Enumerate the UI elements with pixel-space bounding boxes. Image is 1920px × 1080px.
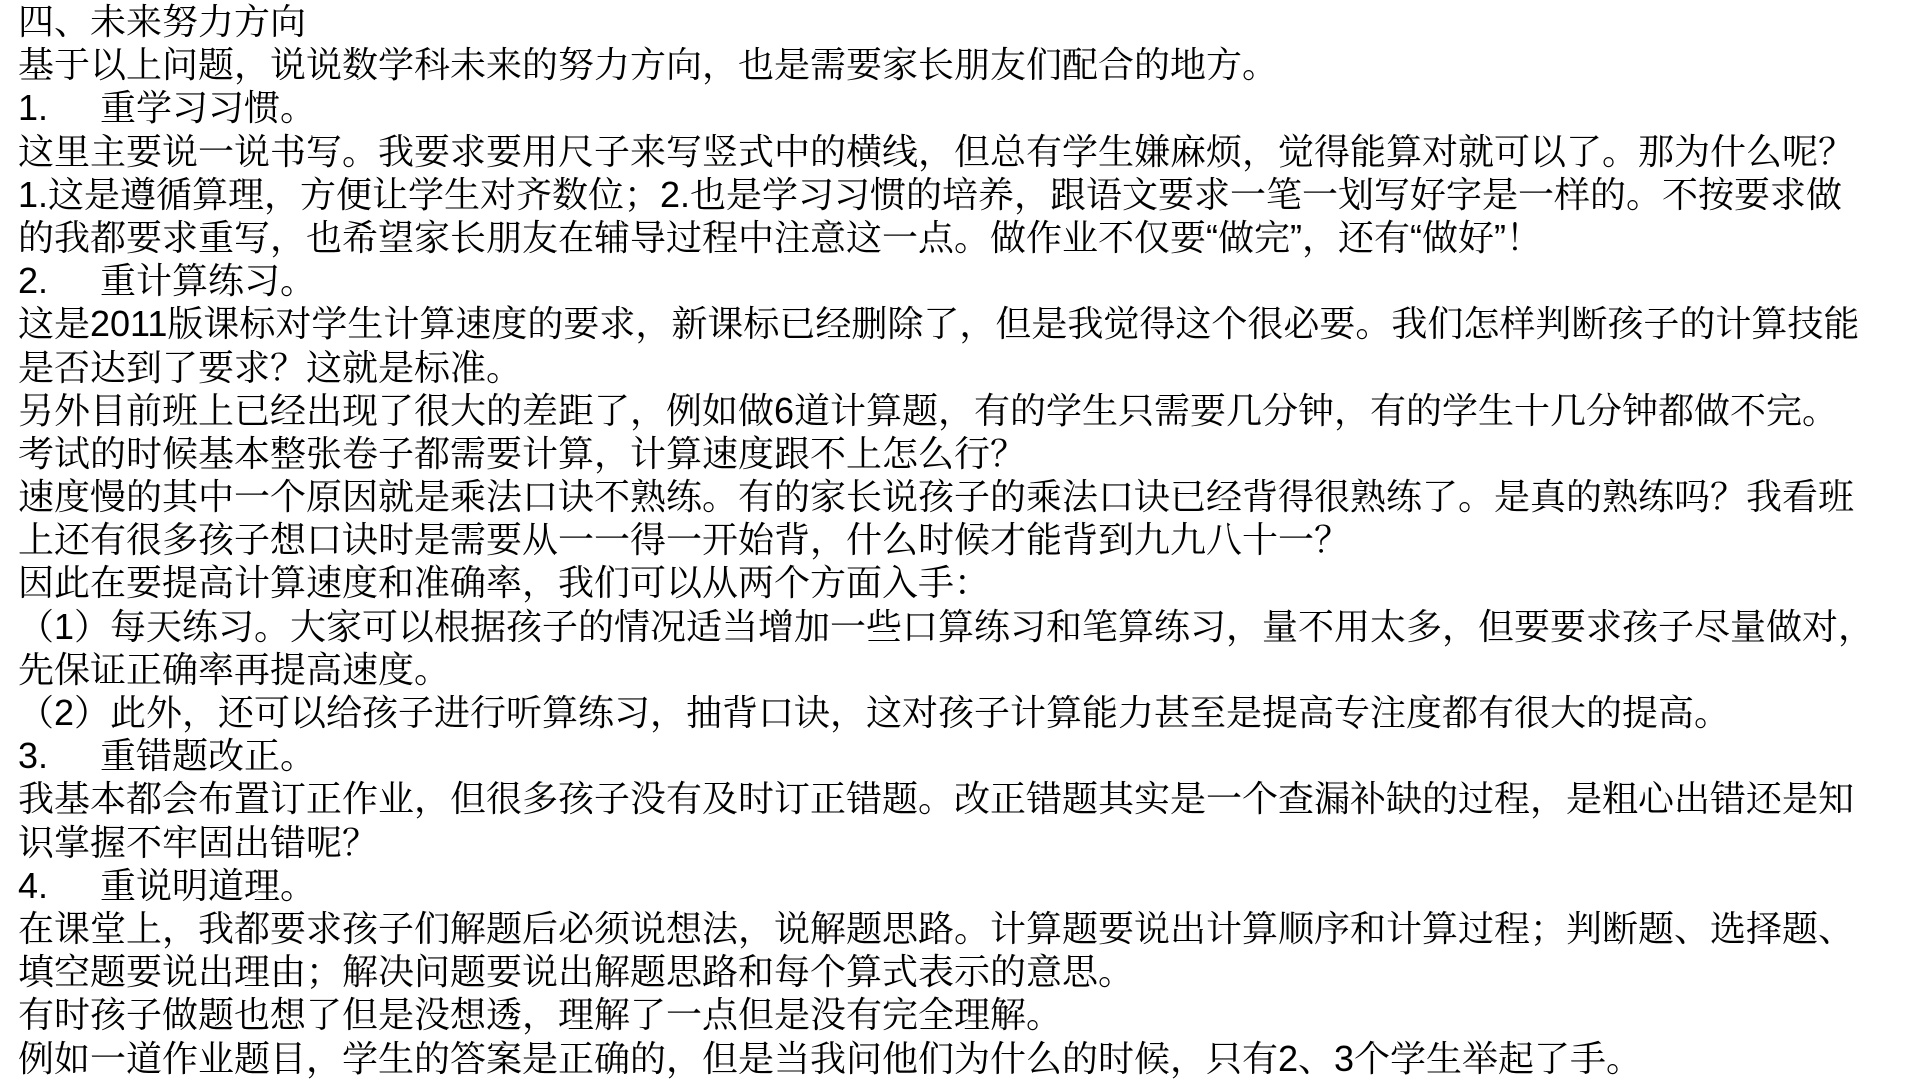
- text-line: 1.这是遵循算理，方便让学生对齐数位；2.也是学习习惯的培养，跟语文要求一笔一划…: [18, 173, 1920, 216]
- text-line: 这是2011版课标对学生计算速度的要求，新课标已经删除了，但是我觉得这个很必要。…: [18, 302, 1920, 345]
- text-line: （1）每天练习。大家可以根据孩子的情况适当增加一些口算练习和笔算练习，量不用太多…: [18, 605, 1920, 648]
- text-line: 速度慢的其中一个原因就是乘法口诀不熟练。有的家长说孩子的乘法口诀已经背得很熟练了…: [18, 475, 1920, 518]
- section-heading: 3.重错题改正。: [18, 734, 1920, 777]
- text-line: 先保证正确率再提高速度。: [18, 648, 1920, 691]
- text-line: 填空题要说出理由；解决问题要说出解题思路和每个算式表示的意思。: [18, 950, 1920, 993]
- text-line: 这里主要说一说书写。我要求要用尺子来写竖式中的横线，但总有学生嫌麻烦，觉得能算对…: [18, 130, 1920, 173]
- section-heading: 2.重计算练习。: [18, 259, 1920, 302]
- text-line: 另外目前班上已经出现了很大的差距了，例如做6道计算题，有的学生只需要几分钟，有的…: [18, 389, 1920, 432]
- heading-number: 1.: [18, 86, 100, 129]
- heading-number: 4.: [18, 864, 100, 907]
- heading-label: 重计算练习。: [100, 260, 316, 301]
- text-line: 因此在要提高计算速度和准确率，我们可以从两个方面入手：: [18, 561, 1920, 604]
- text-line: 考试的时候基本整张卷子都需要计算，计算速度跟不上怎么行？: [18, 432, 1920, 475]
- heading-label: 重学习习惯。: [100, 87, 316, 128]
- document-page: 四、未来努力方向 基于以上问题，说说数学科未来的努力方向，也是需要家长朋友们配合…: [0, 0, 1920, 1080]
- section-heading: 4.重说明道理。: [18, 864, 1920, 907]
- heading-number: 2.: [18, 259, 100, 302]
- heading-label: 重说明道理。: [100, 865, 316, 906]
- text-line: 识掌握不牢固出错呢？: [18, 821, 1920, 864]
- heading-label: 重错题改正。: [100, 735, 316, 776]
- text-line: 在课堂上，我都要求孩子们解题后必须说想法，说解题思路。计算题要说出计算顺序和计算…: [18, 907, 1920, 950]
- text-line: 例如一道作业题目，学生的答案是正确的，但是当我问他们为什么的时候，只有2、3个学…: [18, 1037, 1920, 1080]
- section-heading: 1.重学习习惯。: [18, 86, 1920, 129]
- text-line: （2）此外，还可以给孩子进行听算练习，抽背口诀，这对孩子计算能力甚至是提高专注度…: [18, 691, 1920, 734]
- text-line: 是否达到了要求？这就是标准。: [18, 346, 1920, 389]
- heading-number: 3.: [18, 734, 100, 777]
- text-line: 的我都要求重写，也希望家长朋友在辅导过程中注意这一点。做作业不仅要“做完”，还有…: [18, 216, 1920, 259]
- text-line: 我基本都会布置订正作业，但很多孩子没有及时订正错题。改正错题其实是一个查漏补缺的…: [18, 777, 1920, 820]
- text-line: 有时孩子做题也想了但是没想透，理解了一点但是没有完全理解。: [18, 993, 1920, 1036]
- section-title: 四、未来努力方向: [18, 0, 1920, 43]
- text-line: 上还有很多孩子想口诀时是需要从一一得一开始背，什么时候才能背到九九八十一？: [18, 518, 1920, 561]
- text-line: 基于以上问题，说说数学科未来的努力方向，也是需要家长朋友们配合的地方。: [18, 43, 1920, 86]
